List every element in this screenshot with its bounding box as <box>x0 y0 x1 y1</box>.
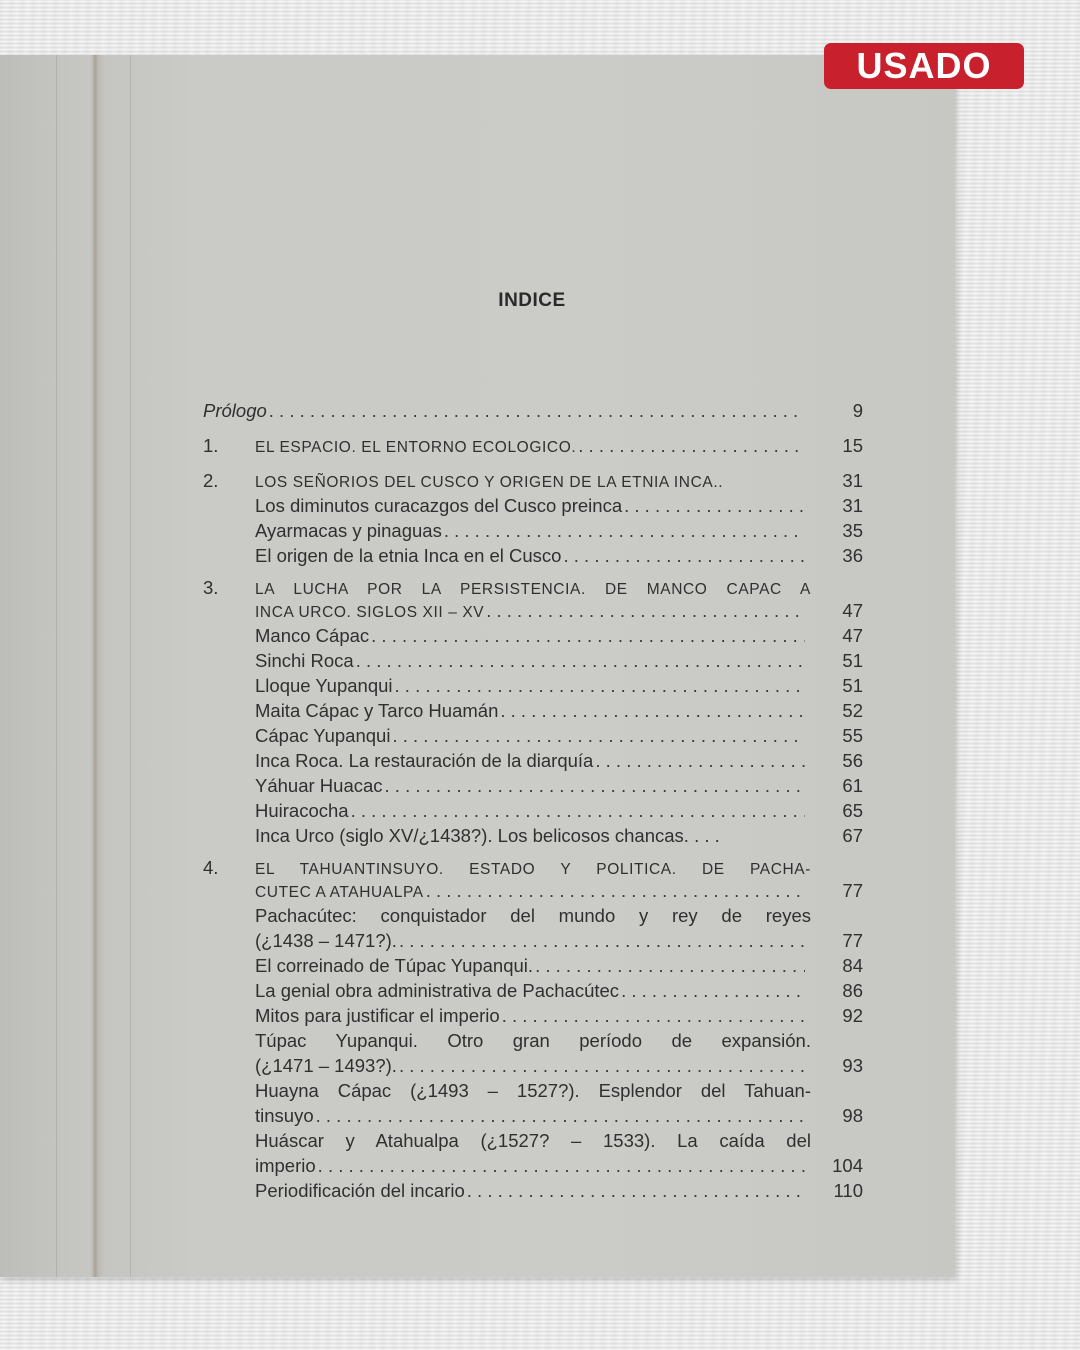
dot-leader <box>399 928 805 953</box>
section-title: Maita Cápac y Tarco Huamán <box>255 698 498 723</box>
page-number: 84 <box>811 953 863 978</box>
page-number: 52 <box>811 698 863 723</box>
dot-leader <box>395 673 805 698</box>
page-number: 56 <box>811 748 863 773</box>
toc-section-line-1: Pachacútec: conquistador del mundo y rey… <box>203 903 863 928</box>
section-title: La genial obra administrativa de Pachacú… <box>255 978 619 1003</box>
page-number: 67 <box>811 823 863 848</box>
toc-chapter-3-cont: INCA URCO. SIGLOS XII – XV 47 <box>203 598 863 623</box>
section-title-line-2: imperio <box>255 1153 316 1178</box>
toc-section: Periodificación del incario 110 <box>203 1178 863 1203</box>
toc-section: El correinado de Túpac Yupanqui. 84 <box>203 953 863 978</box>
chapter-title: EL ESPACIO. EL ENTORNO ECOLOGICO. <box>255 435 576 460</box>
section-title: Manco Cápac <box>255 623 369 648</box>
section-title: El correinado de Túpac Yupanqui. <box>255 953 533 978</box>
page-number: 110 <box>811 1178 863 1203</box>
toc-section: Yáhuar Huacac 61 <box>203 773 863 798</box>
entry-title: Prólogo <box>203 398 267 423</box>
page-number: 35 <box>811 518 863 543</box>
page-number: 104 <box>811 1153 863 1178</box>
dot-leader <box>269 398 805 423</box>
section-title: Inca Roca. La restauración de la diarquí… <box>255 748 593 773</box>
dot-leader <box>399 1053 805 1078</box>
toc-chapter-2: 2. LOS SEÑORIOS DEL CUSCO Y ORIGEN DE LA… <box>203 468 863 493</box>
section-title-line-1: Huayna Cápac (¿1493 – 1527?). Esplendor … <box>255 1078 811 1103</box>
toc-entry-prologue: Prólogo 9 <box>203 398 863 423</box>
dot-leader <box>371 623 805 648</box>
toc-chapter-4: 4. EL TAHUANTINSUYO. ESTADO Y POLITICA. … <box>203 858 863 878</box>
page-number: 36 <box>811 543 863 568</box>
dot-leader <box>392 723 805 748</box>
page-number: 65 <box>811 798 863 823</box>
page-number: 15 <box>811 433 863 458</box>
chapter-title-line-2: CUTEC A ATAHUALPA <box>255 880 424 905</box>
page-number: 47 <box>811 623 863 648</box>
toc-section: Huiracocha 65 <box>203 798 863 823</box>
toc-section-line-1: Túpac Yupanqui. Otro gran período de exp… <box>203 1028 863 1053</box>
toc-section: Sinchi Roca 51 <box>203 648 863 673</box>
toc-section: La genial obra administrativa de Pachacú… <box>203 978 863 1003</box>
page-number: 51 <box>811 673 863 698</box>
toc-section-line-1: Huayna Cápac (¿1493 – 1527?). Esplendor … <box>203 1078 863 1103</box>
page-number: 47 <box>811 598 863 623</box>
toc-chapter-4-cont: CUTEC A ATAHUALPA 77 <box>203 878 863 903</box>
dot-leader <box>351 798 805 823</box>
toc-section-line-1: Huáscar y Atahualpa (¿1527? – 1533). La … <box>203 1128 863 1153</box>
section-title-line-2: (¿1471 – 1493?). <box>255 1053 397 1078</box>
section-title-line-2: (¿1438 – 1471?). <box>255 928 397 953</box>
page-number: 31 <box>811 493 863 518</box>
section-title: Lloque Yupanqui <box>255 673 393 698</box>
page-number: 92 <box>811 1003 863 1028</box>
toc-section: Cápac Yupanqui 55 <box>203 723 863 748</box>
dot-leader <box>502 1003 805 1028</box>
used-condition-badge: USADO <box>824 43 1024 89</box>
page-number: 93 <box>811 1053 863 1078</box>
section-title: Yáhuar Huacac <box>255 773 383 798</box>
page-fold <box>92 55 98 1277</box>
chapter-number: 4. <box>203 858 255 878</box>
section-title-line-1: Túpac Yupanqui. Otro gran período de exp… <box>255 1028 811 1053</box>
chapter-number: 3. <box>203 578 255 598</box>
dot-leader <box>500 698 805 723</box>
toc-chapter-1: 1. EL ESPACIO. EL ENTORNO ECOLOGICO. 15 <box>203 433 863 458</box>
toc-section-line-2: (¿1438 – 1471?). 77 <box>203 928 863 953</box>
dot-leader <box>467 1178 805 1203</box>
toc-section: Los diminutos curacazgos del Cusco prein… <box>203 493 863 518</box>
page-number: 9 <box>811 398 863 423</box>
chapter-title-line-1: EL TAHUANTINSUYO. ESTADO Y POLITICA. DE … <box>255 860 811 880</box>
section-title-line-2: tinsuyo <box>255 1103 314 1128</box>
toc-section-line-2: (¿1471 – 1493?). 93 <box>203 1053 863 1078</box>
dot-leader <box>356 648 805 673</box>
dot-leader <box>595 748 805 773</box>
dot-leader <box>316 1103 805 1128</box>
section-title: Inca Urco (siglo XV/¿1438?). Los belicos… <box>255 823 720 848</box>
toc-heading: INDICE <box>432 290 632 312</box>
toc-section: Lloque Yupanqui 51 <box>203 673 863 698</box>
dot-leader <box>621 978 805 1003</box>
page-number: 86 <box>811 978 863 1003</box>
section-title: Cápac Yupanqui <box>255 723 390 748</box>
dot-leader <box>578 433 805 458</box>
section-title: Mitos para justificar el imperio <box>255 1003 500 1028</box>
chapter-title-line-1: LA LUCHA POR LA PERSISTENCIA. DE MANCO C… <box>255 580 811 600</box>
toc-section: Ayarmacas y pinaguas 35 <box>203 518 863 543</box>
dot-leader <box>444 518 805 543</box>
dot-leader <box>486 598 805 623</box>
page-number: 61 <box>811 773 863 798</box>
page-crease <box>130 55 131 1277</box>
toc-section: Inca Roca. La restauración de la diarquí… <box>203 748 863 773</box>
toc-section-line-2: tinsuyo 98 <box>203 1103 863 1128</box>
section-title: Periodificación del incario <box>255 1178 465 1203</box>
toc-section: Inca Urco (siglo XV/¿1438?). Los belicos… <box>203 823 863 848</box>
page-number: 77 <box>811 878 863 903</box>
chapter-number: 2. <box>203 468 255 493</box>
chapter-number: 1. <box>203 433 255 458</box>
dot-leader <box>535 953 805 978</box>
toc-section: Manco Cápac 47 <box>203 623 863 648</box>
toc-section: Maita Cápac y Tarco Huamán 52 <box>203 698 863 723</box>
page-number: 51 <box>811 648 863 673</box>
toc-section-line-2: imperio 104 <box>203 1153 863 1178</box>
section-title-line-1: Huáscar y Atahualpa (¿1527? – 1533). La … <box>255 1128 811 1153</box>
page-number: 31 <box>811 468 863 493</box>
chapter-title-line-2: INCA URCO. SIGLOS XII – XV <box>255 600 484 625</box>
toc-section: El origen de la etnia Inca en el Cusco 3… <box>203 543 863 568</box>
section-title: Sinchi Roca <box>255 648 354 673</box>
dot-leader <box>385 773 805 798</box>
chapter-title: LOS SEÑORIOS DEL CUSCO Y ORIGEN DE LA ET… <box>255 470 723 495</box>
section-title: Huiracocha <box>255 798 349 823</box>
dot-leader <box>318 1153 805 1178</box>
section-title: Los diminutos curacazgos del Cusco prein… <box>255 493 622 518</box>
table-of-contents: Prólogo 9 1. EL ESPACIO. EL ENTORNO ECOL… <box>203 398 863 1203</box>
page-number: 98 <box>811 1103 863 1128</box>
badge-label: USADO <box>856 45 991 87</box>
section-title: El origen de la etnia Inca en el Cusco <box>255 543 561 568</box>
page-crease <box>56 55 57 1277</box>
page-number: 77 <box>811 928 863 953</box>
toc-section: Mitos para justificar el imperio 92 <box>203 1003 863 1028</box>
toc-chapter-3: 3. LA LUCHA POR LA PERSISTENCIA. DE MANC… <box>203 578 863 598</box>
dot-leader <box>624 493 805 518</box>
page-number: 55 <box>811 723 863 748</box>
dot-leader <box>563 543 805 568</box>
section-title: Ayarmacas y pinaguas <box>255 518 442 543</box>
section-title-line-1: Pachacútec: conquistador del mundo y rey… <box>255 903 811 928</box>
dot-leader <box>426 878 805 903</box>
